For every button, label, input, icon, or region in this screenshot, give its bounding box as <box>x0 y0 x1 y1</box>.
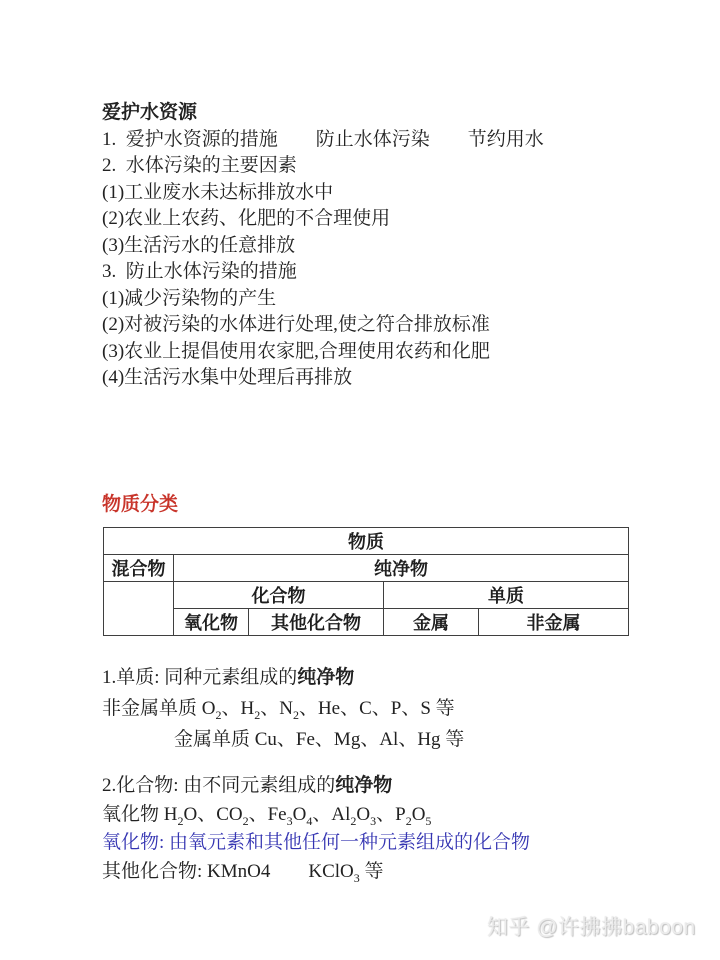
compound-definition-line: 2.化合物: 由不同元素组成的纯净物 <box>102 772 662 801</box>
element-notes-section: 1.单质: 同种元素组成的纯净物 非金属单质 O2、H2、N2、He、C、P、S… <box>102 662 642 755</box>
compound-notes-section: 2.化合物: 由不同元素组成的纯净物 氧化物 H2O、CO2、Fe3O4、Al2… <box>102 772 662 886</box>
water-line-1: 1. 爱护水资源的措施 防止水体污染 节约用水 <box>102 127 642 154</box>
classification-table: 物质 混合物 纯净物 化合物 单质 氧化物 其他化合物 金属 非金属 <box>103 527 629 636</box>
zhihu-watermark: 知乎 @许拂拂baboon <box>487 911 696 941</box>
water-line-4: (2)农业上农药、化肥的不合理使用 <box>102 206 642 233</box>
classification-section-title: 物质分类 <box>102 491 178 518</box>
document-page: 爱护水资源 1. 爱护水资源的措施 防止水体污染 节约用水 2. 水体污染的主要… <box>0 0 720 960</box>
water-line-3: (1)工业废水未达标排放水中 <box>102 180 642 207</box>
cell-element: 单质 <box>384 582 629 609</box>
other-compound-examples-line: 其他化合物: KMnO4 KClO3 等 <box>102 858 662 887</box>
table-row: 物质 <box>104 528 629 555</box>
cell-other-compound: 其他化合物 <box>249 609 384 636</box>
metal-elements-line: 金属单质 Cu、Fe、Mg、Al、Hg 等 <box>174 724 642 755</box>
water-protection-section: 爱护水资源 1. 爱护水资源的措施 防止水体污染 节约用水 2. 水体污染的主要… <box>102 100 642 392</box>
cell-compound: 化合物 <box>174 582 384 609</box>
water-line-6: 3. 防止水体污染的措施 <box>102 259 642 286</box>
cell-pure-substance: 纯净物 <box>174 555 629 582</box>
cell-metal: 金属 <box>384 609 479 636</box>
nonmetal-elements-line: 非金属单质 O2、H2、N2、He、C、P、S 等 <box>102 693 642 724</box>
cell-substance: 物质 <box>104 528 629 555</box>
oxide-definition-line: 氧化物: 由氧元素和其他任何一种元素组成的化合物 <box>102 829 662 858</box>
cell-mixture: 混合物 <box>104 555 174 582</box>
element-definition-line: 1.单质: 同种元素组成的纯净物 <box>102 662 642 693</box>
cell-empty <box>104 582 174 636</box>
cell-oxide: 氧化物 <box>174 609 249 636</box>
table-row: 混合物 纯净物 <box>104 555 629 582</box>
water-line-10: (4)生活污水集中处理后再排放 <box>102 365 642 392</box>
water-line-8: (2)对被污染的水体进行处理,使之符合排放标准 <box>102 312 642 339</box>
water-line-5: (3)生活污水的任意排放 <box>102 233 642 260</box>
cell-nonmetal: 非金属 <box>479 609 629 636</box>
water-section-title: 爱护水资源 <box>102 100 642 127</box>
water-line-9: (3)农业上提倡使用农家肥,合理使用农药和化肥 <box>102 339 642 366</box>
water-line-7: (1)减少污染物的产生 <box>102 286 642 313</box>
table-row: 化合物 单质 <box>104 582 629 609</box>
oxide-examples-line: 氧化物 H2O、CO2、Fe3O4、Al2O3、P2O5 <box>102 801 662 830</box>
table-row: 氧化物 其他化合物 金属 非金属 <box>104 609 629 636</box>
water-line-2: 2. 水体污染的主要因素 <box>102 153 642 180</box>
